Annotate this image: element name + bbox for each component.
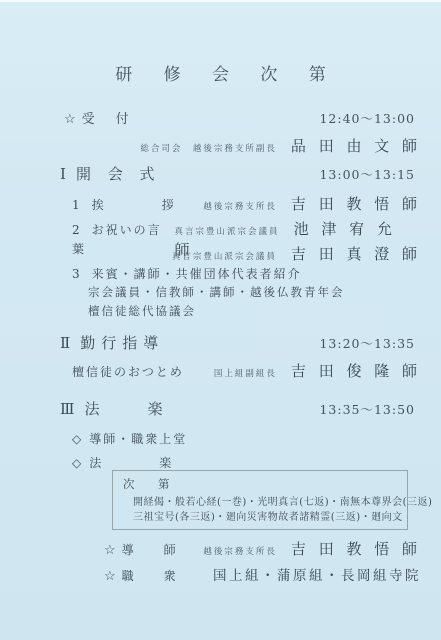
item1-name: 吉 田 教 悟 師 [291,195,421,213]
item2b-name: 吉 田 真 澄 師 [291,245,421,263]
bullet-joudou: ◇導師・職衆上堂 [72,428,421,447]
item-otsutome: 檀信徒のおつとめ 国上組副組長 吉 田 俊 隆 師 [72,360,421,381]
item1-right: 越後宗務支所長 吉 田 教 悟 師 [203,193,421,214]
otsutome-right: 国上組副組長 吉 田 俊 隆 師 [214,360,421,381]
shidai-line-2: 三祖宝号(各三返)・廻向災害物故者諸精霊(三返)・廻向文 [123,510,399,525]
diamond-icon: ◇ [72,456,81,470]
leader-left: ☆導 師 [104,539,178,558]
section1-time: 13:00～13:15 [319,165,415,183]
otsutome-label: 檀信徒のおつとめ [72,363,184,380]
item2-role: 真言宗豊山派宗会議員 [175,227,280,237]
leader-label: 導 師 [122,543,178,557]
leader-role: 越後宗務支所長 [203,547,277,557]
reception-row: ☆受 付 12:40～13:00 [64,108,415,127]
mc-row: 総合司会 越後宗務支所副長 品 田 由 文 師 [0,135,421,156]
chorus-row: ☆職 衆 国上組・蒲原組・長岡組寺院 [104,564,421,584]
section2-title: 勤行指導 [80,334,164,352]
leader-row: ☆導 師 越後宗務支所長 吉 田 教 悟 師 [104,538,421,559]
reception-label: ☆受 付 [64,108,133,127]
section1-heading-row: Ⅰ開 会 式 13:00～13:15 [60,163,415,184]
mc-name: 品 田 由 文 師 [291,137,421,155]
bullet2-label: 法 楽 [89,456,173,470]
section1-title: 開 会 式 [76,165,161,183]
bullet-houraku: ◇法 楽 [72,452,421,471]
chorus-left: ☆職 衆 [104,565,178,584]
section3-heading-row: Ⅲ法 楽 13:35～13:50 [60,398,415,419]
page-title: 研 修 会 次 第 [0,60,441,85]
leader-name: 吉 田 教 悟 師 [291,540,421,558]
item2-number: 2 [72,223,80,237]
star-icon: ☆ [104,543,116,558]
section3-time: 13:35～13:50 [319,400,415,418]
section2-heading: Ⅱ勤行指導 [60,332,164,353]
item-shoukai: 3来賓・講師・共催団体代表者紹介 [72,263,421,282]
shidai-line-1: 開経偈・般若心経(一巻)・光明真言(七返)・南無本尊界会(三返) [123,495,399,510]
section2-numeral: Ⅱ [60,334,70,352]
section1-heading: Ⅰ開 会 式 [60,163,160,184]
section2-heading-row: Ⅱ勤行指導 13:20～13:35 [60,332,415,353]
section3-numeral: Ⅲ [60,400,74,418]
item1-role: 越後宗務支所長 [203,202,277,212]
item3-subline-2: 檀信徒総代協議会 [88,303,441,319]
chorus-value: 国上組・蒲原組・長岡組寺院 [213,564,421,584]
reception-time: 12:40～13:00 [319,109,415,127]
item-aisatsu: 1挨 拶 越後宗務支所長 吉 田 教 悟 師 [72,193,421,214]
bullet1-label: 導師・職衆上堂 [89,432,187,446]
reception-text: 受 付 [82,112,133,127]
item3-number: 3 [72,267,80,281]
item1-left: 1挨 拶 [72,194,176,213]
star-icon: ☆ [104,569,116,584]
diamond-icon: ◇ [72,432,81,446]
scanned-program-page: 研 修 会 次 第 ☆受 付 12:40～13:00 総合司会 越後宗務支所副長… [0,0,441,640]
item2b-role: 真言宗豊山派宗会議員 [172,252,277,262]
item3-subline-1: 宗会議員・信教師・講師・越後仏教青年会 [88,284,441,300]
otsutome-role: 国上組副組長 [214,369,277,379]
shidai-box: 次 第 開経偈・般若心経(一巻)・光明真言(七返)・南無本尊界会(三返) 三祖宝… [112,470,408,530]
section2-time: 13:20～13:35 [319,334,415,352]
section1-numeral: Ⅰ [60,165,66,183]
mc-role: 総合司会 越後宗務支所副長 [140,144,277,154]
section3-heading: Ⅲ法 楽 [60,398,168,419]
item1-number: 1 [72,198,80,212]
chorus-label: 職 衆 [122,569,178,583]
item3-label: 来賓・講師・共催団体代表者紹介 [92,267,302,281]
otsutome-name: 吉 田 俊 隆 師 [291,362,421,380]
item-oiwai-second-speaker: 真言宗豊山派宗会議員 吉 田 真 澄 師 [72,243,421,264]
star-icon: ☆ [64,112,76,127]
item2b-right: 真言宗豊山派宗会議員 吉 田 真 澄 師 [172,243,421,264]
section3-title: 法 楽 [84,400,168,418]
shidai-header: 次 第 [123,476,399,492]
item1-label: 挨 拶 [92,198,176,212]
leader-right: 越後宗務支所長 吉 田 教 悟 師 [203,538,421,559]
